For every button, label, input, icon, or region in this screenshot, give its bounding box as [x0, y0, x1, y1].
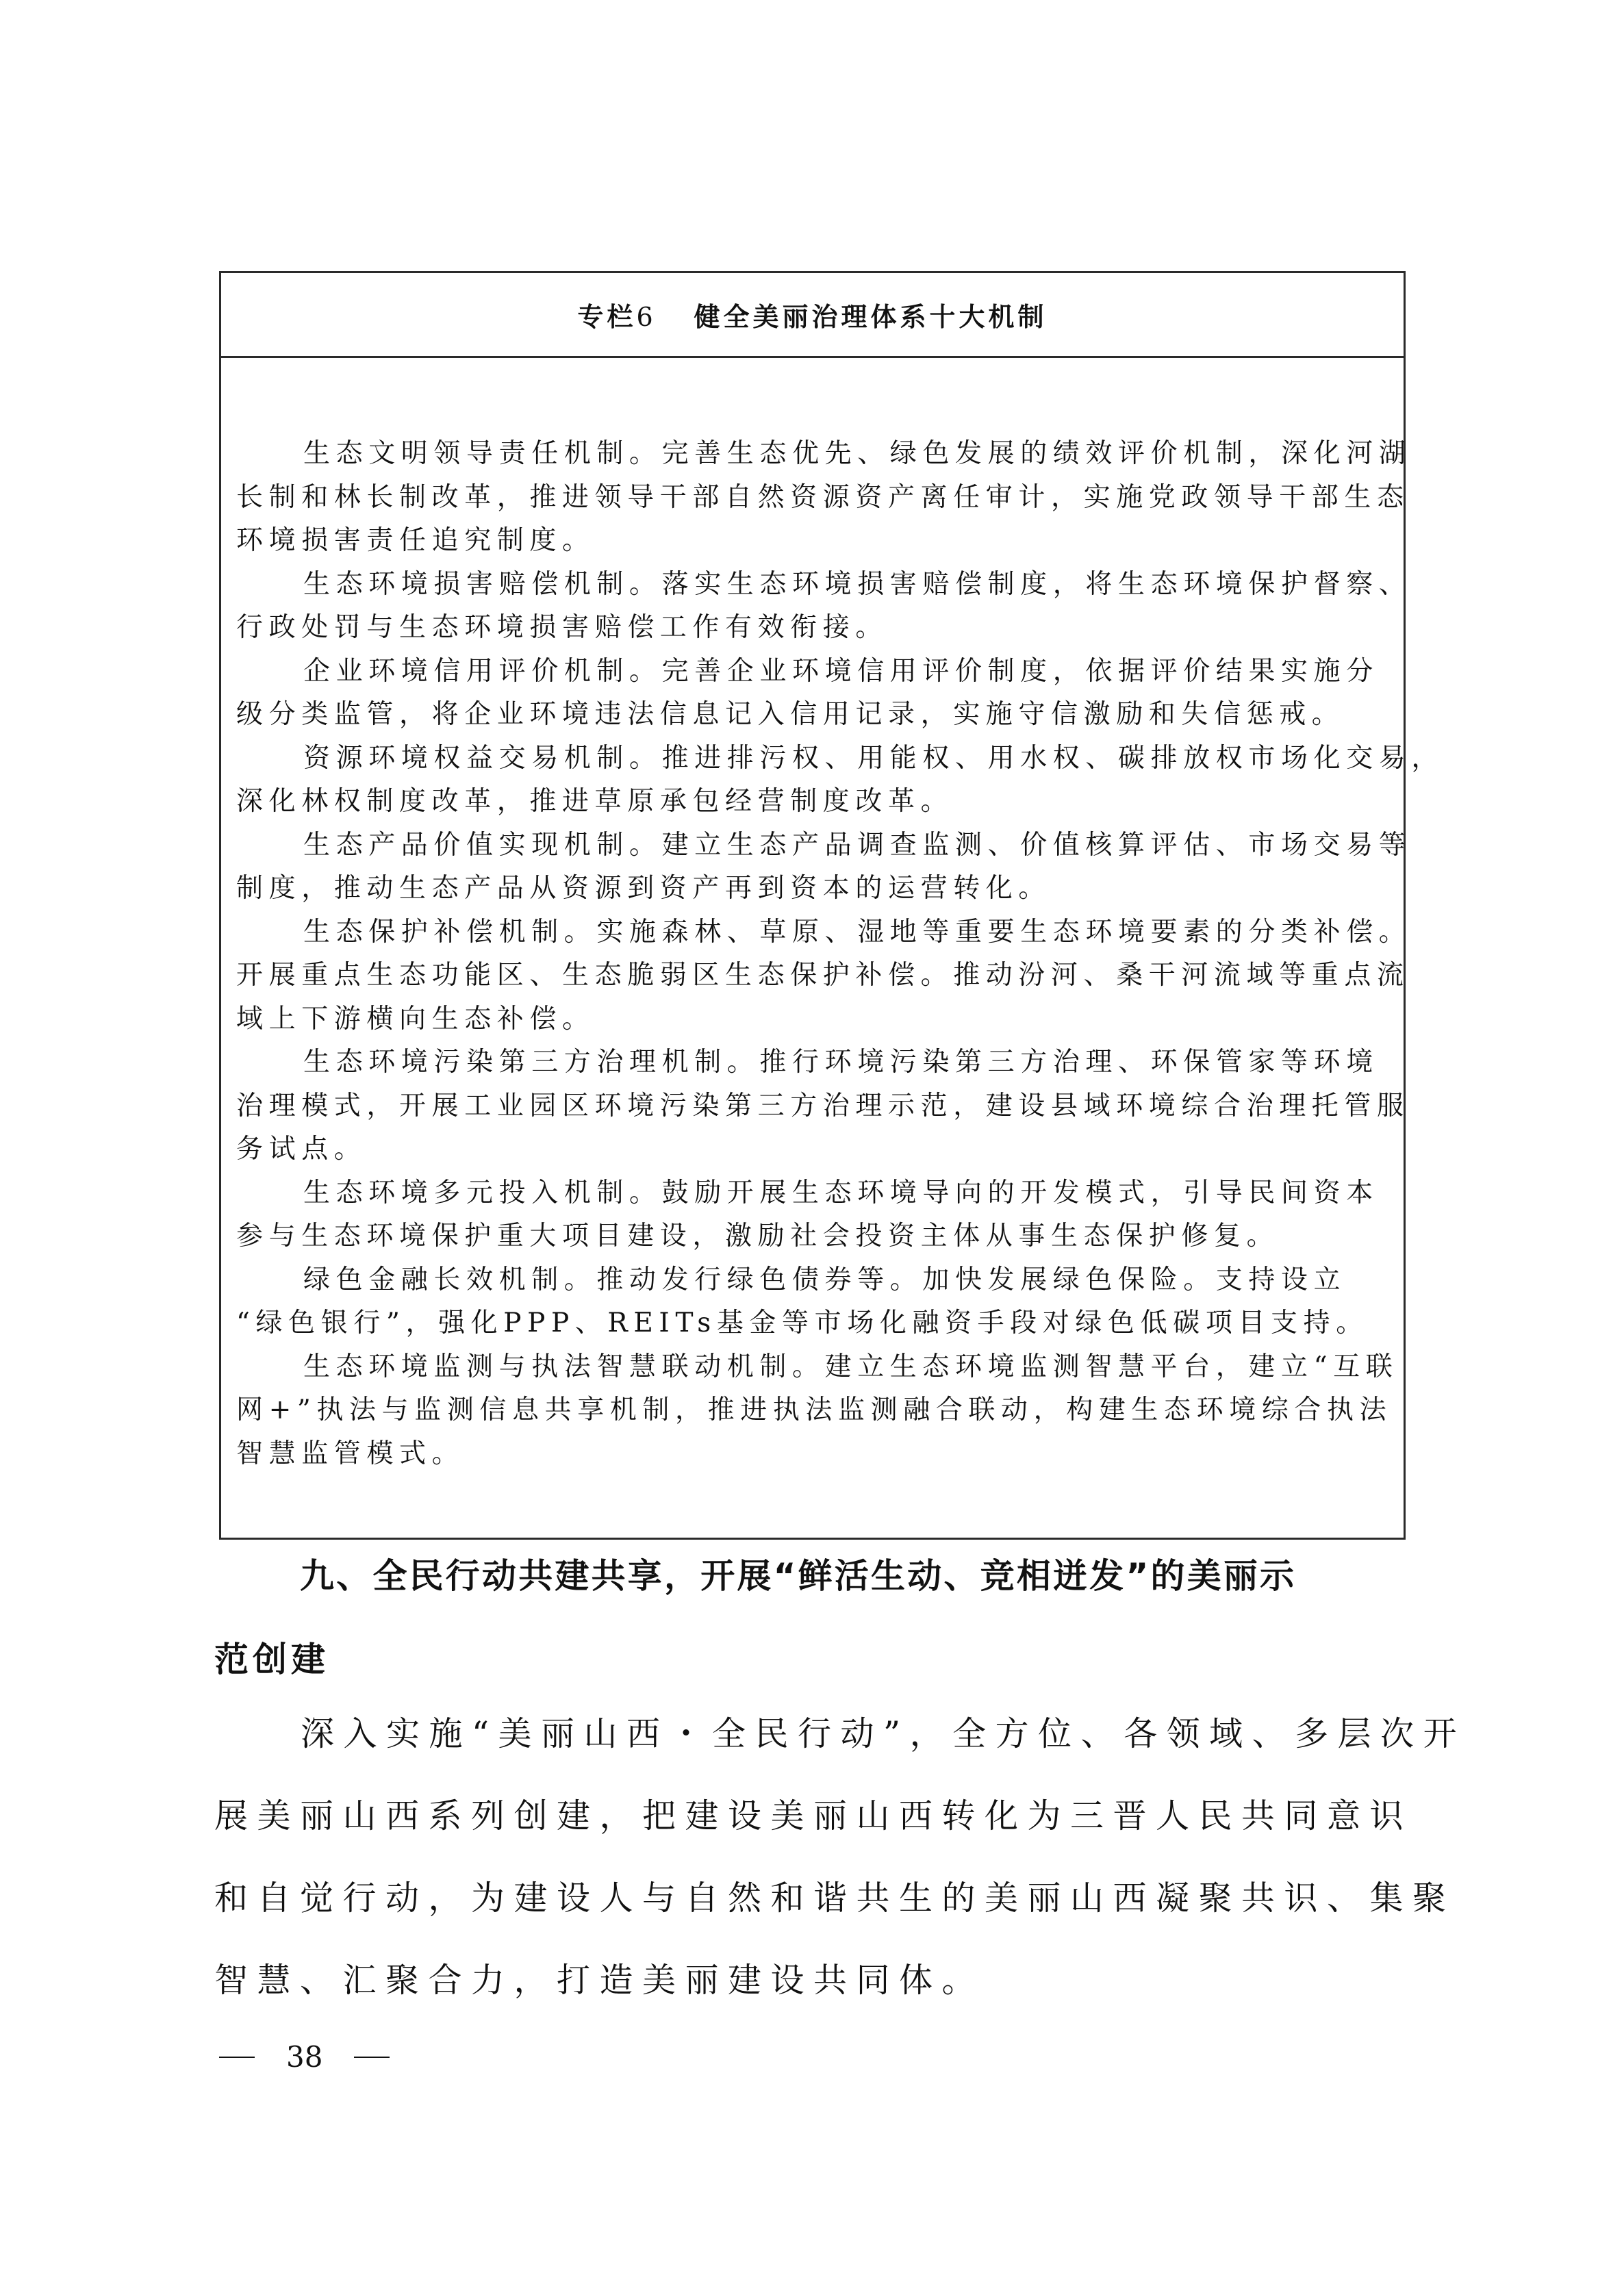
- column-box-header: 专栏6 健全美丽治理体系十大机制: [221, 273, 1404, 358]
- box-text-line: 绿色金融长效机制。推动发行绿色债券等。加快发展绿色保险。支持设立: [236, 1258, 1393, 1302]
- page-number-dash-left: [219, 2057, 255, 2058]
- page-number-value: 38: [286, 2040, 322, 2074]
- page-number: 38: [219, 2040, 390, 2074]
- section-heading-line-1: 九、全民行动共建共享，开展“鲜活生动、竞相迸发”的美丽示: [300, 1549, 1505, 1598]
- column-box-title: 专栏6 健全美丽治理体系十大机制: [578, 296, 1048, 333]
- box-text-line: 网+”执法与监测信息共享机制，推进执法监测融合联动，构建生态环境综合执法: [236, 1388, 1393, 1432]
- box-text-line: “绿色银行”，强化PPP、REITs基金等市场化融资手段对绿色低碳项目支持。: [236, 1301, 1393, 1345]
- box-text-line: 开展重点生态功能区、生态脆弱区生态保护补偿。推动汾河、桑干河流域等重点流: [236, 954, 1393, 997]
- box-text-line: 环境损害责任追究制度。: [236, 519, 1393, 563]
- box-text-line: 生态产品价值实现机制。建立生态产品调查监测、价值核算评估、市场交易等: [236, 824, 1393, 867]
- column-box: 专栏6 健全美丽治理体系十大机制 生态文明领导责任机制。完善生态优先、绿色发展的…: [219, 271, 1406, 1540]
- box-text-line: 治理模式，开展工业园区环境污染第三方治理示范，建设县域环境综合治理托管服: [236, 1084, 1393, 1128]
- box-text-line: 深化林权制度改革，推进草原承包经营制度改革。: [236, 780, 1393, 824]
- box-text-line: 智慧监管模式。: [236, 1432, 1393, 1476]
- box-text-line: 长制和林长制改革，推进领导干部自然资源资产离任审计，实施党政领导干部生态: [236, 476, 1393, 520]
- section-paragraph: 深入实施“美丽山西・全民行动”，全方位、各领域、多层次开 展美丽山西系列创建，把…: [214, 1712, 1419, 2040]
- box-text-line: 生态环境污染第三方治理机制。推行环境污染第三方治理、环保管家等环境: [236, 1041, 1393, 1084]
- box-text-line: 企业环境信用评价机制。完善企业环境信用评价制度，依据评价结果实施分: [236, 650, 1393, 694]
- box-text-line: 生态文明领导责任机制。完善生态优先、绿色发展的绩效评价机制，深化河湖: [236, 432, 1393, 476]
- box-text-line: 生态环境监测与执法智慧联动机制。建立生态环境监测智慧平台，建立“互联: [236, 1345, 1393, 1389]
- box-text-line: 资源环境权益交易机制。推进排污权、用能权、用水权、碳排放权市场化交易，: [236, 737, 1393, 780]
- column-box-body: 生态文明领导责任机制。完善生态优先、绿色发展的绩效评价机制，深化河湖 长制和林长…: [236, 432, 1393, 1475]
- box-text-line: 级分类监管，将企业环境违法信息记入信用记录，实施守信激励和失信惩戒。: [236, 693, 1393, 737]
- box-text-line: 制度，推动生态产品从资源到资产再到资本的运营转化。: [236, 867, 1393, 911]
- box-text-line: 参与生态环境保护重大项目建设，激励社会投资主体从事生态保护修复。: [236, 1214, 1393, 1258]
- box-text-line: 域上下游横向生态补偿。: [236, 997, 1393, 1041]
- box-text-line: 生态保护补偿机制。实施森林、草原、湿地等重要生态环境要素的分类补偿。: [236, 911, 1393, 954]
- column-title-text: 健全美丽治理体系十大机制: [694, 302, 1047, 332]
- box-text-line: 生态环境损害赔偿机制。落实生态环境损害赔偿制度，将生态环境保护督察、: [236, 563, 1393, 607]
- paragraph-line: 展美丽山西系列创建，把建设美丽山西转化为三晋人民共同意识: [214, 1794, 1419, 1876]
- section-heading-line-2: 范创建: [214, 1632, 1419, 1681]
- box-text-line: 行政处罚与生态环境损害赔偿工作有效衔接。: [236, 606, 1393, 650]
- box-text-line: 生态环境多元投入机制。鼓励开展生态环境导向的开发模式，引导民间资本: [236, 1171, 1393, 1215]
- column-number: 6: [637, 302, 657, 332]
- paragraph-line: 智慧、汇聚合力，打造美丽建设共同体。: [214, 1958, 1419, 2040]
- page-number-dash-right: [354, 2057, 390, 2058]
- column-label: 专栏: [578, 302, 637, 332]
- paragraph-line: 深入实施“美丽山西・全民行动”，全方位、各领域、多层次开: [214, 1712, 1419, 1794]
- paragraph-line: 和自觉行动，为建设人与自然和谐共生的美丽山西凝聚共识、集聚: [214, 1876, 1419, 1958]
- box-text-line: 务试点。: [236, 1128, 1393, 1171]
